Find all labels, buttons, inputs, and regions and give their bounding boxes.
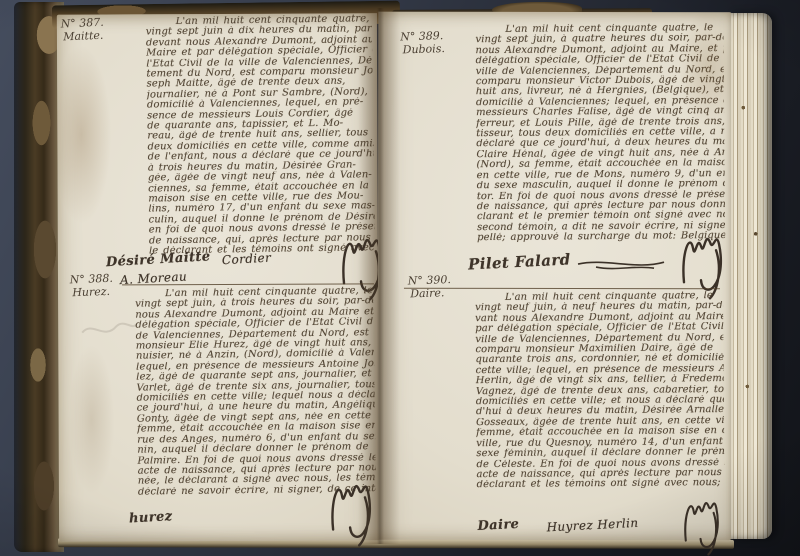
signature-underline-flourish	[576, 256, 666, 270]
record-separator-rule	[404, 288, 720, 290]
record-389-signatures: Pilet Falard	[468, 252, 666, 271]
record-389-body: L'an mil huit cent cinquante quatre, lev…	[475, 23, 725, 244]
signature-huyrez-herlin: Huyrez Herlin	[546, 516, 638, 535]
paper-stain	[51, 44, 112, 224]
record-390-margin: N° 390. Daire.	[408, 273, 452, 300]
record-390-body: L'an mil huit cent cinquante quatre, lev…	[475, 291, 725, 491]
handwritten-line: déclarant et les témoins ont signé avec …	[477, 478, 725, 491]
record-389-name: Dubois.	[400, 42, 445, 56]
record-387-signatures: Désiré Maitte Cordier A. Moreau	[106, 247, 356, 286]
record-390-name: Daire.	[408, 286, 452, 300]
signature-hurez: hurez	[129, 509, 173, 526]
record-387-body: L'an mil huit cent cinquante quatre, lev…	[146, 14, 376, 257]
record-388-signatures: hurez	[129, 506, 172, 525]
record-390-signatures: Daire Huyrez Herlin	[478, 514, 639, 533]
record-388-margin: N° 388. Hurez.	[70, 272, 114, 300]
signature-cordier: Cordier	[221, 250, 271, 267]
record-388-body: L'an mil huit cent cinquante quatre, lev…	[135, 286, 376, 498]
left-page: N° 387. Maitte. L'an mil huit cent cinqu…	[57, 13, 379, 541]
official-paraph-flourish	[327, 471, 373, 547]
record-389-margin: N° 389. Dubois.	[400, 29, 445, 56]
record-390-number: N° 390.	[408, 273, 452, 287]
photo-of-register-book: N° 387. Maitte. L'an mil huit cent cinqu…	[0, 0, 800, 556]
paper-stain	[68, 344, 115, 494]
right-page: N° 389. Dubois. L'an mil huit cent cinqu…	[378, 12, 733, 541]
record-388-name: Hurez.	[70, 285, 114, 300]
signature-pilet-falard: Pilet Falard	[468, 250, 571, 273]
margin-check-squiggle	[78, 314, 138, 344]
signature-desire-maitte: Désiré Maitte	[106, 249, 211, 270]
signature-daire: Daire	[477, 517, 519, 534]
official-paraph-flourish	[678, 490, 724, 556]
record-387-name: Maitte.	[61, 29, 105, 44]
fore-edge-page-stack	[731, 13, 772, 539]
record-387-margin: N° 387. Maitte.	[60, 16, 104, 44]
